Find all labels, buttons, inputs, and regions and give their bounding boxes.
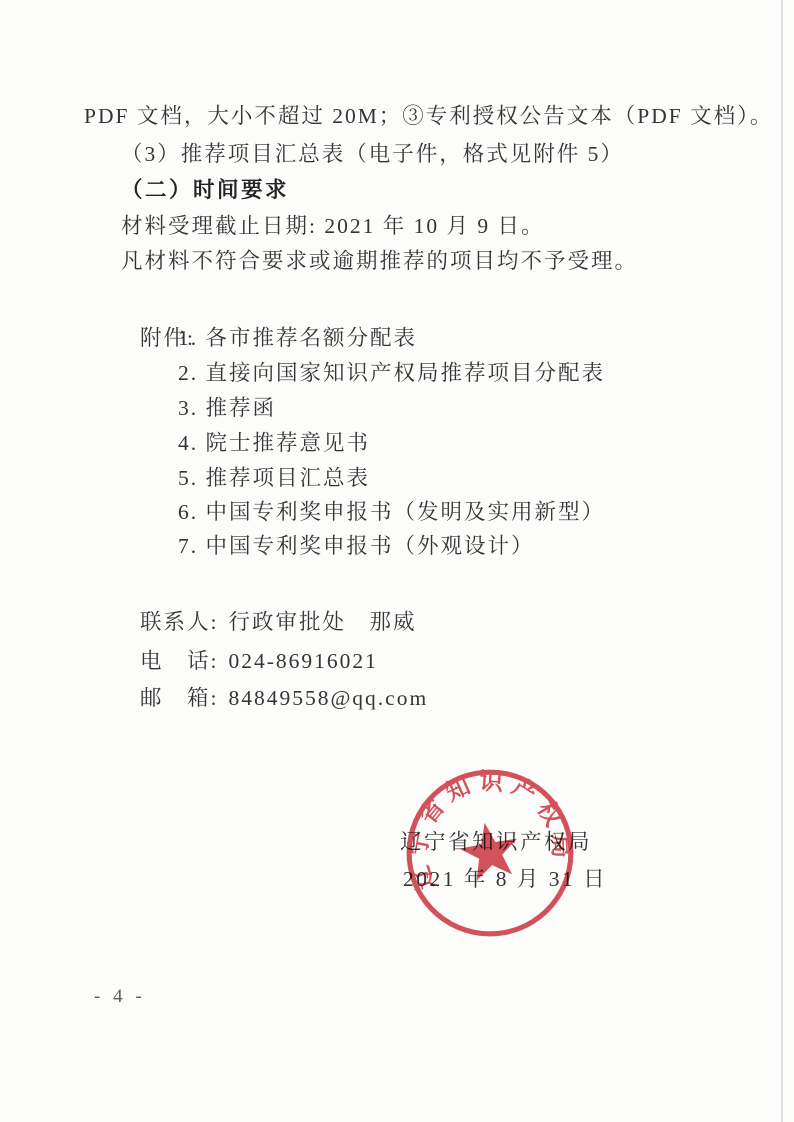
- attachment-item-5: 5. 推荐项目汇总表: [178, 466, 370, 492]
- contact-email-value: 84849558@qq.com: [228, 686, 428, 710]
- attachment-item-3: 3. 推荐函: [178, 396, 276, 422]
- paragraph-deadline: 材料受理截止日期: 2021 年 10 月 9 日。: [121, 214, 544, 240]
- document-page: PDF 文档，大小不超过 20M；③专利授权公告文本（PDF 文档）。 （3）推…: [0, 0, 794, 1122]
- paragraph-overdue: 凡材料不符合要求或逾期推荐的项目均不予受理。: [121, 249, 638, 275]
- signature-organization: 辽宁省知识产权局: [400, 830, 592, 856]
- contact-email-row: 邮 箱:84849558@qq.com: [140, 686, 428, 712]
- paragraph-summary-table: （3）推荐项目汇总表（电子件，格式见附件 5）: [121, 142, 624, 168]
- contact-person-row: 联系人:行政审批处 那威: [140, 610, 417, 636]
- contact-phone-label: 电 话:: [140, 649, 218, 673]
- attachment-item-2: 2. 直接向国家知识产权局推荐项目分配表: [178, 361, 605, 387]
- paragraph-pdf-requirements: PDF 文档，大小不超过 20M；③专利授权公告文本（PDF 文档）。: [84, 104, 773, 130]
- contact-phone-row: 电 话:024-86916021: [140, 649, 378, 675]
- contact-email-label: 邮 箱:: [140, 686, 218, 710]
- contact-phone-value: 024-86916021: [228, 649, 377, 673]
- attachment-item-6: 6. 中国专利奖申报书（发明及实用新型）: [178, 500, 605, 526]
- attachment-item-7: 7. 中国专利奖申报书（外观设计）: [178, 534, 535, 560]
- signature-date: 2021 年 8 月 31 日: [403, 867, 607, 893]
- heading-time-requirement: （二）时间要求: [121, 178, 289, 204]
- contact-person-label: 联系人:: [140, 610, 218, 634]
- contact-person-value: 行政审批处 那威: [228, 610, 416, 634]
- attachment-item-4: 4. 院士推荐意见书: [178, 431, 370, 457]
- scan-edge-line: [781, 0, 783, 1122]
- page-number: - 4 -: [94, 986, 146, 1008]
- attachment-item-1: 1. 各市推荐名额分配表: [178, 326, 417, 352]
